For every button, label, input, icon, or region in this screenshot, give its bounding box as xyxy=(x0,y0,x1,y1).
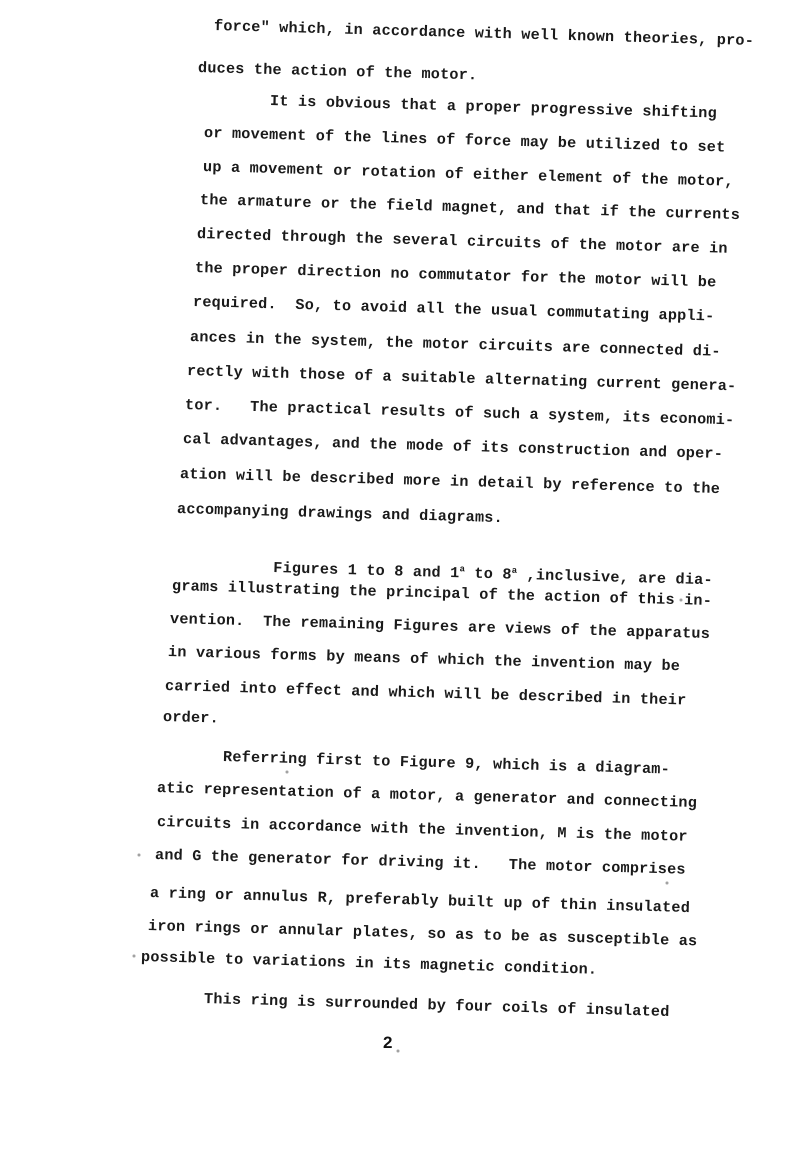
text-line: accompanying drawings and diagrams. xyxy=(177,500,503,527)
text-line: ances in the system, the motor circuits … xyxy=(190,328,721,361)
text-line: circuits in accordance with the inventio… xyxy=(157,813,688,846)
text-line: the armature or the field magnet, and th… xyxy=(200,191,741,224)
text-line: a ring or annulus R, preferably built up… xyxy=(150,884,691,917)
scan-speck xyxy=(131,953,137,959)
text-line: possible to variations in its magnetic c… xyxy=(141,948,598,979)
text-line: cal advantages, and the mode of its cons… xyxy=(183,430,724,463)
text-line: in various forms by means of which the i… xyxy=(168,643,681,675)
text-line: iron rings or annular plates, so as to b… xyxy=(148,917,698,950)
text-line: up a movement or rotation of either elem… xyxy=(203,158,734,191)
scan-speck xyxy=(284,769,290,775)
text-segment: to 8 xyxy=(465,564,512,583)
text-segment: ,inclusive, are dia- xyxy=(517,566,713,589)
scan-speck xyxy=(677,414,683,420)
scan-speck xyxy=(419,408,425,414)
text-line: atic representation of a motor, a genera… xyxy=(157,779,698,812)
scan-speck xyxy=(136,852,142,858)
text-line: rectly with those of a suitable alternat… xyxy=(187,362,737,395)
text-line: tor. The practical results of such a sys… xyxy=(185,396,735,429)
text-line: directed through the several circuits of… xyxy=(197,225,728,258)
text-segment: Figures 1 to 8 and 1 xyxy=(273,559,460,582)
text-line: duces the action of the motor. xyxy=(198,59,478,84)
text-line: or movement of the lines of force may be… xyxy=(204,124,726,157)
text-line: required. So, to avoid all the usual com… xyxy=(193,293,715,326)
text-line: vention. The remaining Figures are views… xyxy=(170,610,711,643)
text-line: This ring is surrounded by four coils of… xyxy=(204,990,670,1021)
scan-speck xyxy=(664,880,670,886)
text-line: order. xyxy=(163,708,219,728)
text-line: and G the generator for driving it. The … xyxy=(155,846,686,879)
text-line: ation will be described more in detail b… xyxy=(180,465,721,498)
text-line: force" which, in accordance with well kn… xyxy=(214,17,755,50)
text-line: the proper direction no commutator for t… xyxy=(195,259,717,292)
text-line: carried into effect and which will be de… xyxy=(165,677,687,710)
text-line: It is obvious that a proper progressive … xyxy=(270,92,717,122)
page-number: 2 xyxy=(383,1033,392,1053)
scan-speck xyxy=(395,1048,401,1054)
scan-speck xyxy=(678,597,684,603)
document-page: force" which, in accordance with well kn… xyxy=(0,0,807,1157)
text-line: Referring first to Figure 9, which is a … xyxy=(223,748,670,778)
